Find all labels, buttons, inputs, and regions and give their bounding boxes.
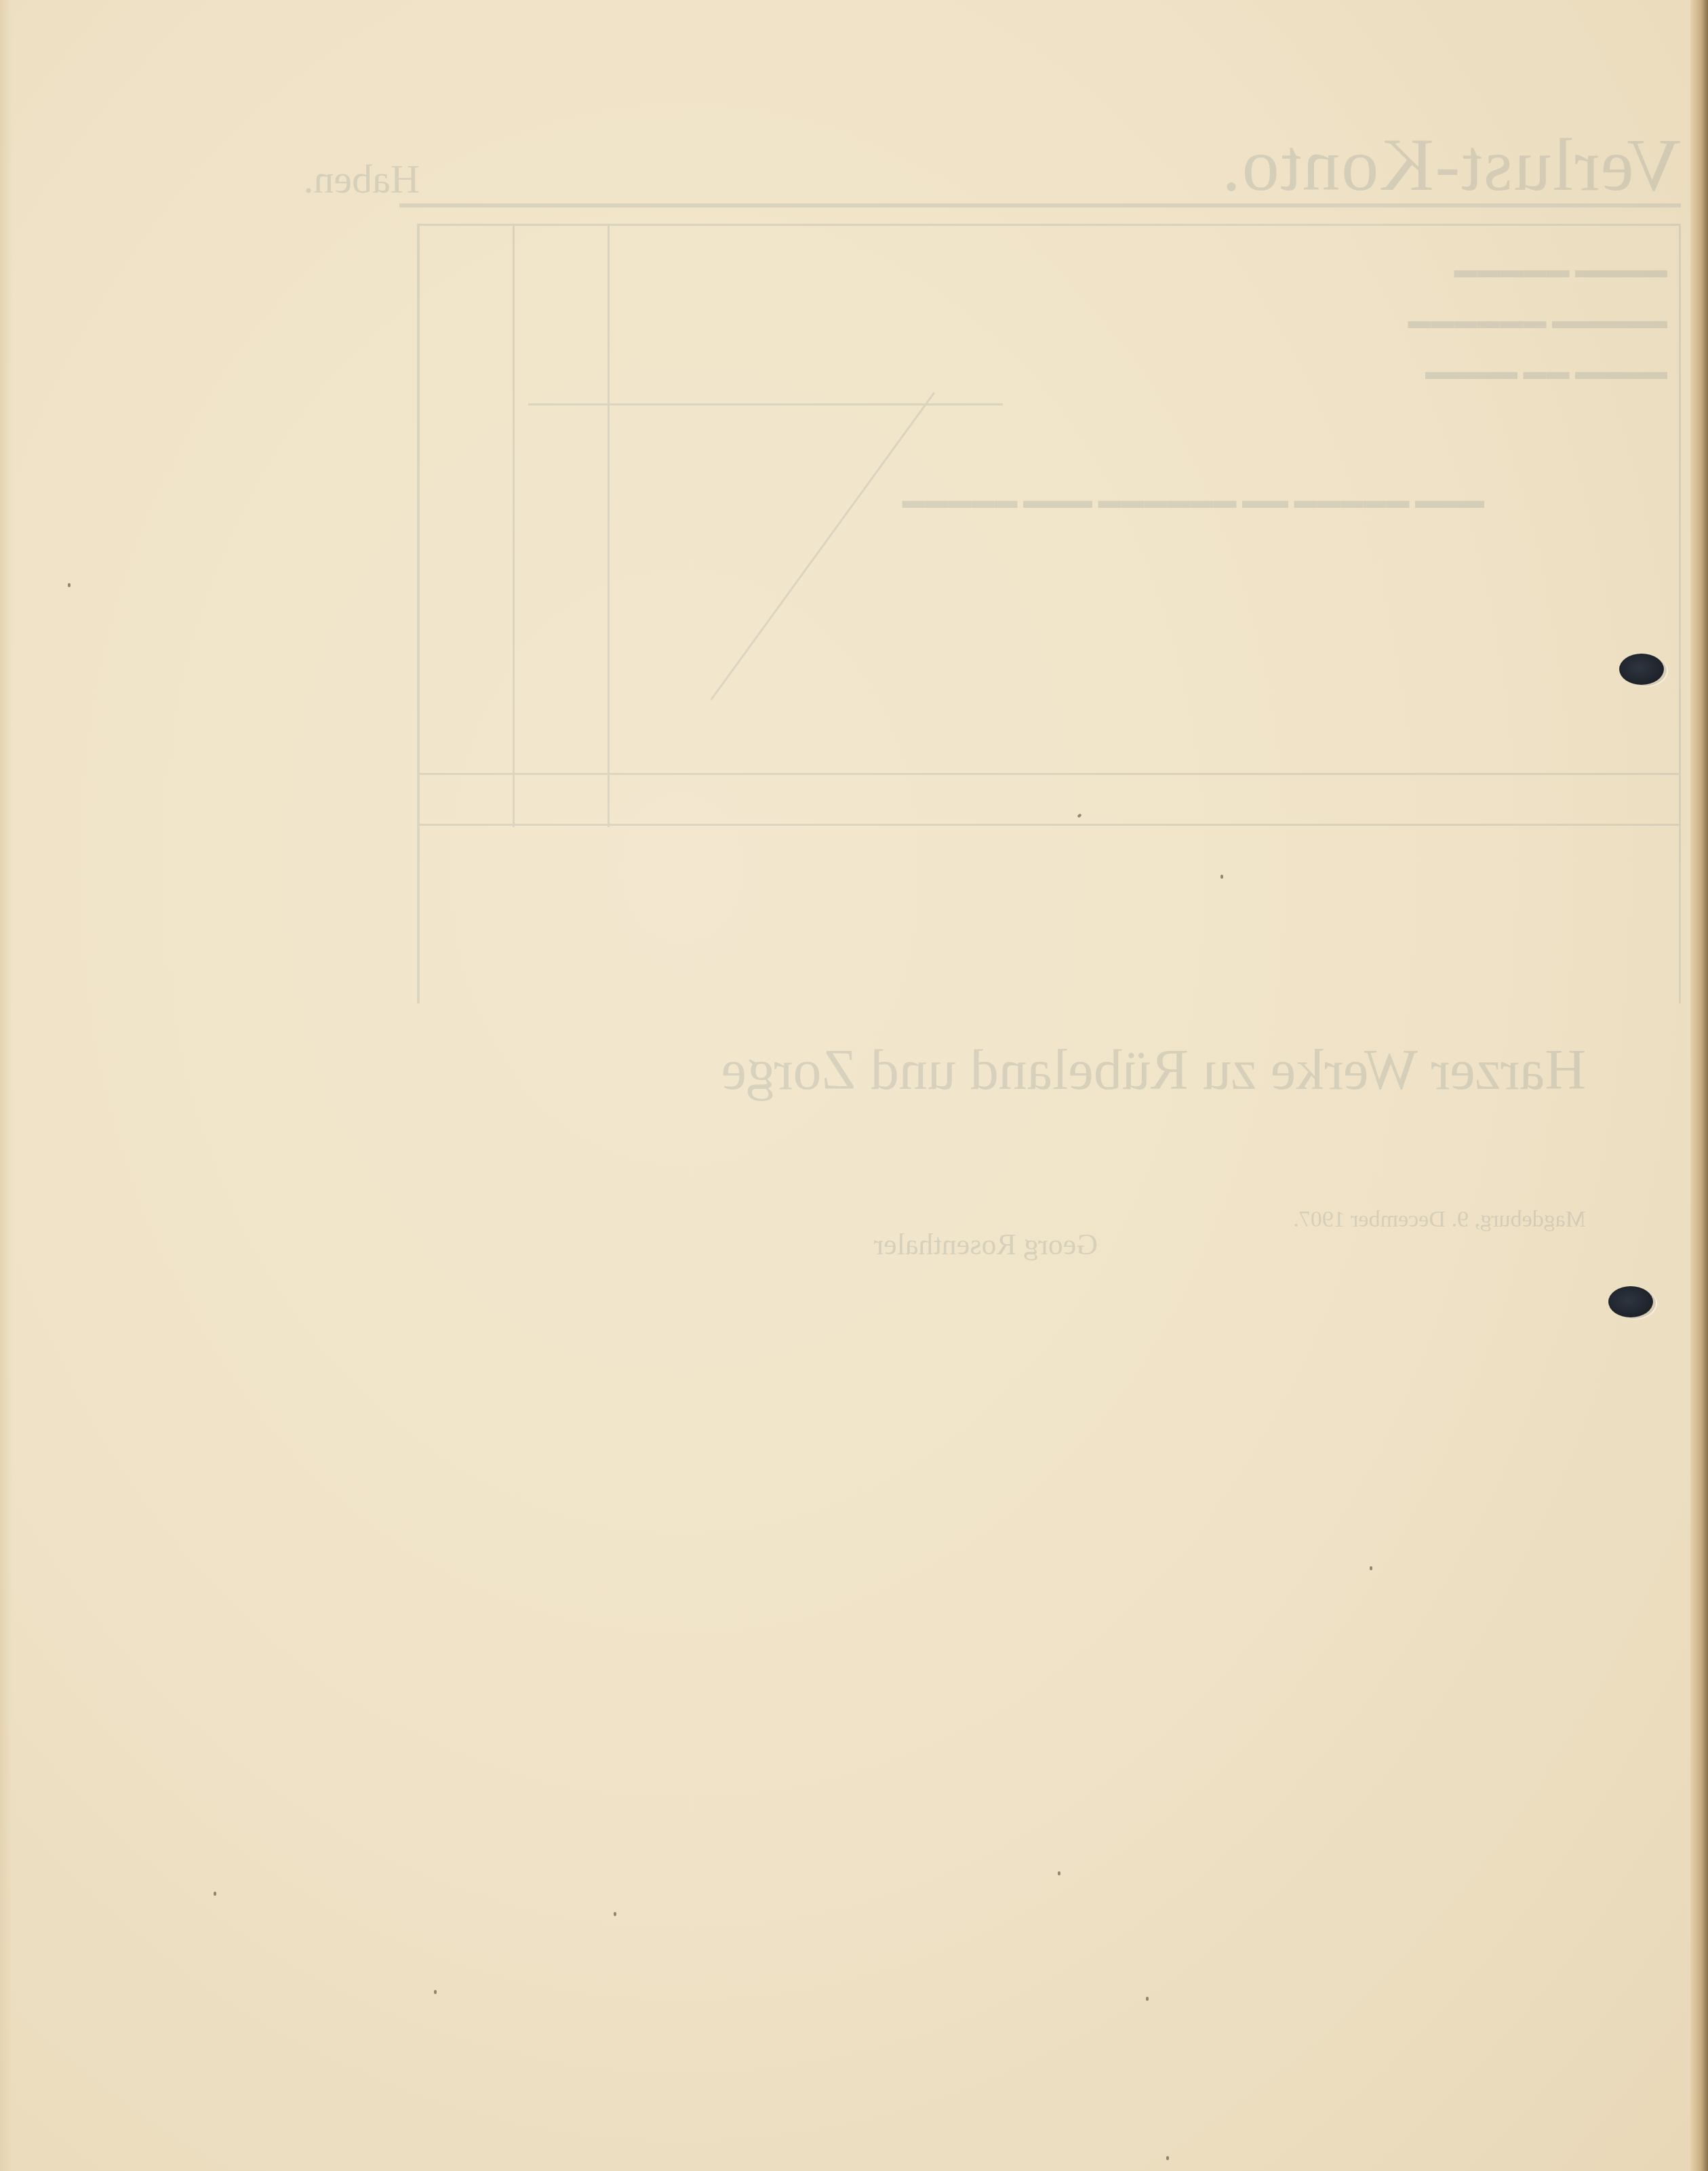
show-through-title: Verlust-Konto. bbox=[1220, 122, 1681, 208]
paper-speck bbox=[1370, 1566, 1372, 1570]
show-through-signature: Georg Rosenthaler bbox=[874, 1227, 1098, 1262]
table-right-rule bbox=[417, 224, 420, 1003]
punch-hole bbox=[1608, 1286, 1653, 1317]
paper-speck bbox=[68, 583, 71, 587]
show-through-company: Harzer Werke zu Rübeland und Zorge bbox=[721, 1037, 1586, 1103]
paper-sheet: Verlust-Konto. Haben. ▬▬▬▬ ▬▬▬▬▬ ▬▬▬▬▬ ▬… bbox=[0, 0, 1708, 2171]
show-through-row: ▬▬▬▬ ▬▬ ▬▬▬▬ bbox=[1425, 359, 1667, 385]
show-through-row: ▬▬▬ ▬▬▬▬▬ ▬▬ ▬▬▬▬▬▬ ▬▬▬ ▬▬▬▬▬ bbox=[902, 488, 1485, 514]
show-through-column-header: Haben. bbox=[303, 156, 420, 203]
paper-speck bbox=[214, 1892, 216, 1896]
table-top-rule bbox=[399, 203, 1681, 207]
show-through-row: ▬▬▬▬ ▬▬▬▬▬ bbox=[1454, 258, 1668, 283]
paper-speck bbox=[1166, 2156, 1169, 2160]
paper-speck bbox=[1220, 875, 1223, 879]
table-amount-rule bbox=[608, 224, 610, 827]
paper-speck bbox=[614, 1912, 616, 1916]
paper-speck bbox=[434, 1990, 437, 1994]
table-diagonal bbox=[710, 392, 935, 700]
paper-speck bbox=[1058, 1871, 1060, 1875]
show-through-layer: Verlust-Konto. Haben. ▬▬▬▬ ▬▬▬▬▬ ▬▬▬▬▬ ▬… bbox=[0, 0, 1708, 2171]
paper-speck bbox=[1146, 1997, 1149, 2001]
table-sub-rule bbox=[528, 403, 1003, 405]
table-pf-rule bbox=[513, 224, 515, 827]
table-left-rule bbox=[1679, 224, 1681, 1003]
show-through-row: ▬▬▬▬▬ ▬▬▬▬▬▬ bbox=[1408, 308, 1668, 334]
show-through-date: Magdeburg, 9. December 1907. bbox=[1293, 1207, 1586, 1233]
punch-hole bbox=[1619, 654, 1664, 685]
